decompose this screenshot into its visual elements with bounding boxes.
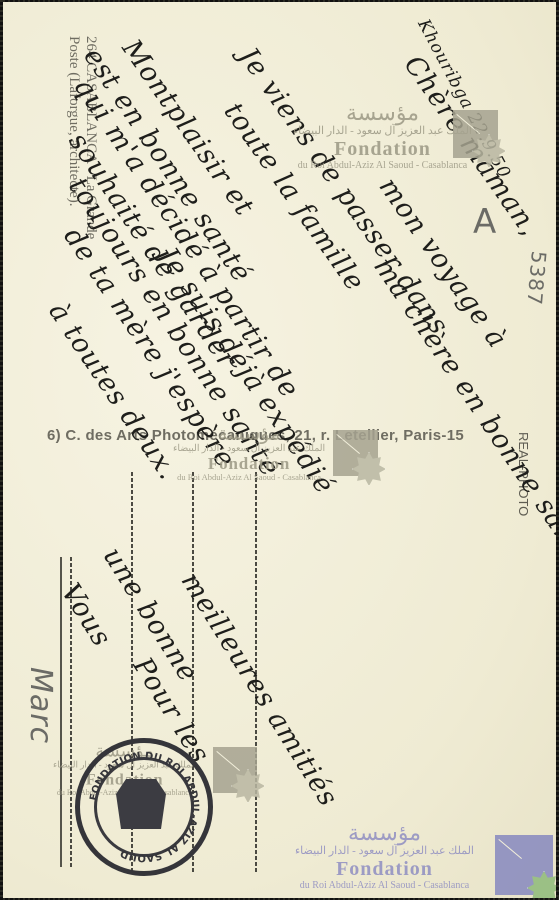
watermark-arabic-subtitle: الملك عبد العزيز آل سعود - الدار البيضاء <box>173 443 325 455</box>
watermark-arabic-title: مؤسسة <box>295 822 474 844</box>
watermark-title: Fondation <box>293 138 472 160</box>
watermark-color-logo-icon <box>495 835 553 895</box>
watermark-arabic-subtitle: الملك عبد العزيز آل سعود - الدار البيضاء <box>295 844 474 858</box>
watermark-logo-icon <box>333 430 378 476</box>
pencil-note-number: 5387 <box>522 250 551 307</box>
watermark-logo-icon <box>213 747 257 793</box>
handwritten-signature: Marc <box>23 667 58 744</box>
watermark-middle: مؤسسة الملك عبد العزيز آل سعود - الدار ا… <box>173 424 325 484</box>
stamp-emblem-icon <box>116 779 166 829</box>
watermark-title: Fondation <box>295 858 474 880</box>
watermark-title: Fondation <box>173 455 325 474</box>
watermark-subtitle: du Roi Abdul-Aziz Al Saoud - Casablanca <box>295 880 474 892</box>
archive-stamp: FONDATION DU ROI ABDUL-AZIZ AL SAOUD <box>75 738 213 876</box>
watermark-subtitle: du Roi Abdul-Aziz Al Saoud - Casablanca <box>293 160 472 172</box>
watermark-top: مؤسسة الملك عبد العزيز آل سعود - الدار ا… <box>293 102 472 172</box>
handwritten-line: Vous <box>55 578 118 653</box>
watermark-arabic-subtitle: الملك عبد العزيز آل سعود - الدار البيضاء <box>293 124 472 138</box>
watermark-arabic-title: مؤسسة <box>293 102 472 124</box>
watermark-color: مؤسسة الملك عبد العزيز آل سعود - الدار ا… <box>295 822 474 892</box>
watermark-logo-icon <box>453 110 498 158</box>
watermark-arabic-title: مؤسسة <box>173 424 325 443</box>
postcard-back: 264 CASABLANCA - La Grande Poste (Laforg… <box>3 2 556 898</box>
watermark-subtitle: du Roi Abdul-Aziz Al Saoud - Casablanca <box>173 473 325 483</box>
pencil-note-letter: A <box>473 202 497 242</box>
